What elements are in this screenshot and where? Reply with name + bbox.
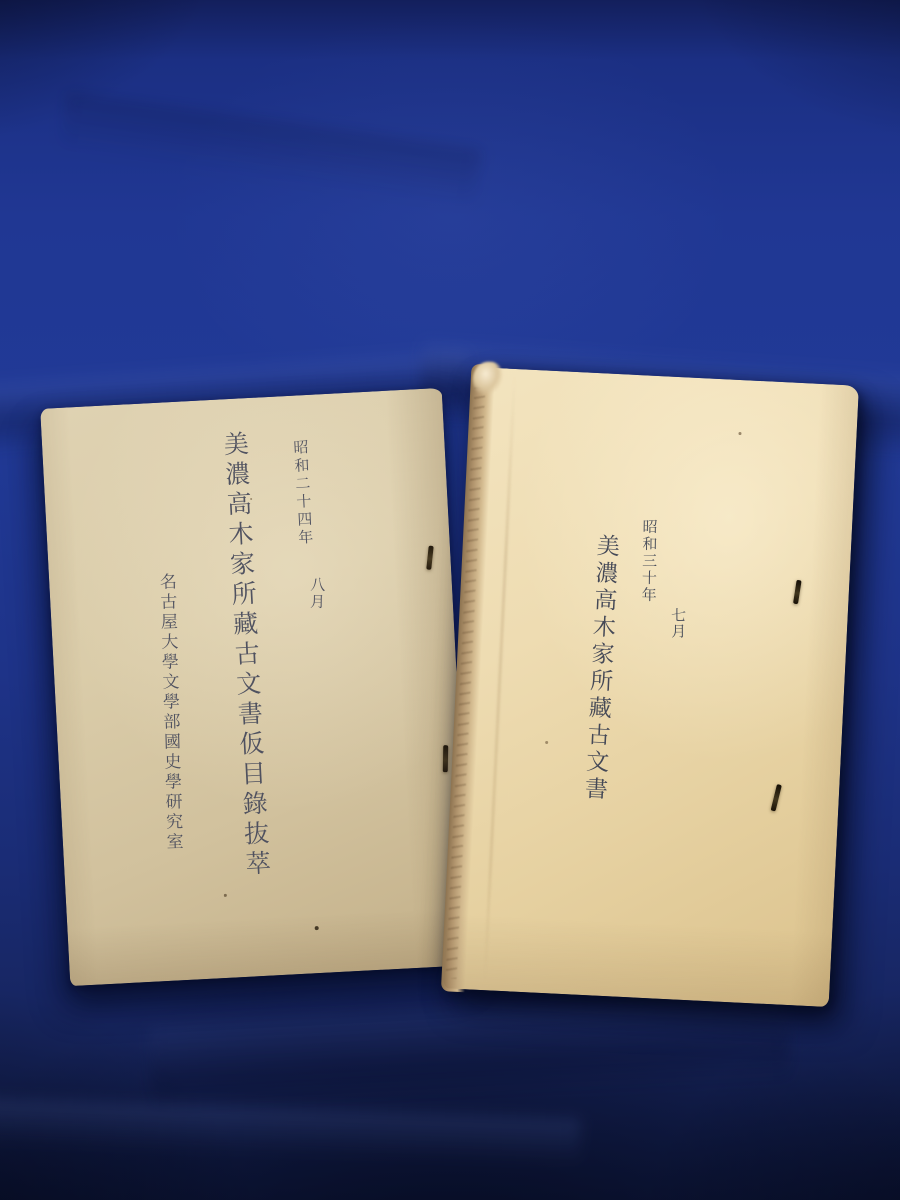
booklet-left-title: 美濃高木家所藏古文書仮目錄抜萃 [216, 430, 276, 881]
page-curl [472, 361, 504, 398]
paper-speck [545, 741, 548, 744]
booklet-right-month: 七月 [667, 607, 688, 639]
fabric-fold [58, 91, 482, 209]
booklet-right-title: 美濃高木家所藏古文書 [578, 533, 624, 804]
paper-speck [250, 498, 252, 500]
booklet-left-date: 昭和二十四年 [289, 439, 316, 548]
paper-speck [315, 926, 319, 930]
booklet-right: 昭和三十年 七月 美濃高木家所藏古文書 [443, 367, 859, 1007]
paper-speck [738, 432, 741, 435]
fabric-fold [148, 993, 792, 1116]
staple [771, 784, 782, 811]
cover-crease [483, 375, 516, 980]
fabric-fold-highlight [0, 1098, 581, 1165]
staple [443, 745, 448, 772]
booklet-right-date: 昭和三十年 [638, 519, 660, 604]
paper-speck [224, 894, 227, 897]
booklet-left-organization: 名古屋大學文學部國史學研究室 [154, 572, 186, 853]
staple [793, 580, 802, 604]
booklet-left: 昭和二十四年 八月 美濃高木家所藏古文書仮目錄抜萃 名古屋大學文學部國史學研究室 [40, 388, 472, 986]
photo-scene: 昭和二十四年 八月 美濃高木家所藏古文書仮目錄抜萃 名古屋大學文學部國史學研究室… [0, 0, 900, 1200]
staple [426, 546, 433, 570]
booklet-left-month: 八月 [306, 577, 328, 611]
